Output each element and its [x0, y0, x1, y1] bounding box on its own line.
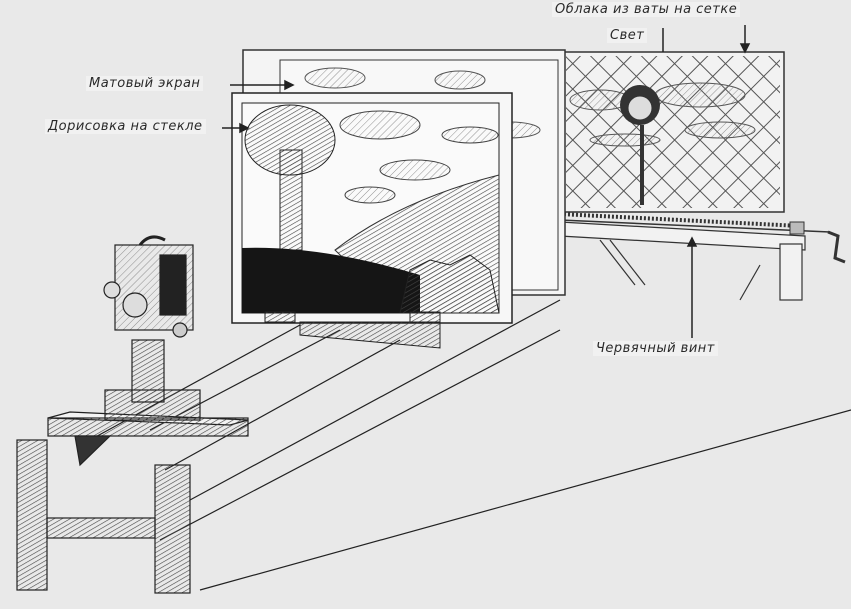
- camera: [104, 237, 200, 420]
- cloud-grid: [562, 52, 784, 212]
- label-matte-screen: Матовый экран: [86, 76, 203, 91]
- label-light: Свет: [607, 28, 647, 43]
- screw-bench: [560, 222, 805, 300]
- diagram-canvas: [0, 0, 851, 609]
- glass-painting: [232, 93, 512, 348]
- rails: [90, 300, 851, 590]
- label-cotton-clouds: Облака из ваты на сетке: [552, 2, 740, 17]
- camera-stand: [17, 412, 248, 593]
- label-glass-drawing: Дорисовка на стекле: [45, 119, 206, 134]
- label-worm-screw: Червячный винт: [593, 341, 718, 356]
